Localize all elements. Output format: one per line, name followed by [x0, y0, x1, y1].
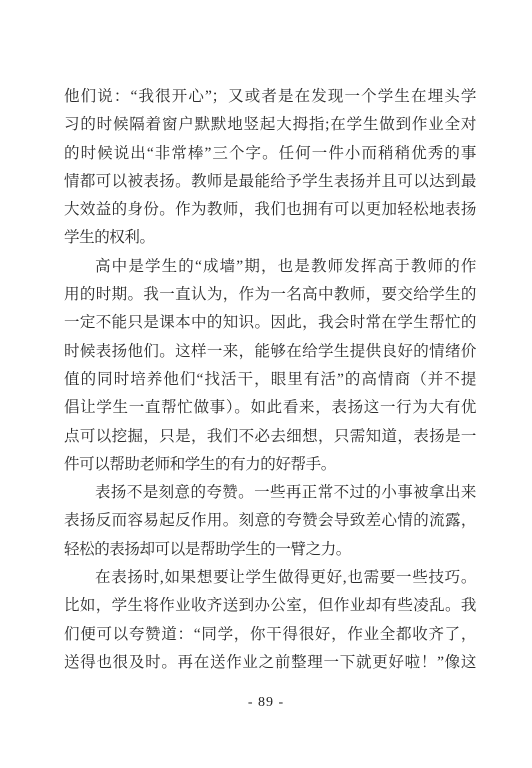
text-line: 比如，学生将作业收齐送到办公室，但作业却有些凌乱。我 — [64, 592, 476, 620]
text-line: 送得也很及时。再在送作业之前整理一下就更好啦！”像这 — [64, 649, 476, 677]
text-line: 一定不能只是课本中的知识。因此，我会时常在学生帮忙的 — [64, 309, 476, 337]
text-line: 大效益的身份。作为教师，我们也拥有可以更加轻松地表扬 — [64, 196, 476, 224]
text-line: 点可以挖掘，只是，我们不必去细想，只需知道，表扬是一 — [64, 423, 476, 451]
text-line: 用的时期。我一直认为，作为一名高中教师，要交给学生的 — [64, 281, 476, 309]
page-text-block: 他们说：“我很开心”；又或者是在发现一个学生在埋头学 习的时候隔着窗户默默地竖起… — [64, 83, 476, 677]
text-line: 值的同时培养他们“找活干，眼里有活”的高情商（并不提 — [64, 366, 476, 394]
text-line: 在表扬时,如果想要让学生做得更好,也需要一些技巧。 — [64, 564, 476, 592]
text-line: 时候表扬他们。这样一来，能够在给学生提供良好的情绪价 — [64, 338, 476, 366]
page-number: - 89 - — [0, 693, 532, 713]
text-line: 他们说：“我很开心”；又或者是在发现一个学生在埋头学 — [64, 83, 476, 111]
text-line: 高中是学生的“成墙”期，也是教师发挥高于教师的作 — [64, 253, 476, 281]
text-line: 表扬反而容易起反作用。刻意的夸赞会导致差心情的流露， — [64, 507, 476, 535]
text-line: 的时候说出“非常棒”三个字。任何一件小而稍稍优秀的事 — [64, 140, 476, 168]
text-line: 件可以帮助老师和学生的有力的好帮手。 — [64, 451, 476, 479]
text-line: 们便可以夸赞道：“同学，你干得很好，作业全都收齐了， — [64, 621, 476, 649]
text-line: 倡让学生一直帮忙做事）。如此看来，表扬这一行为大有优 — [64, 394, 476, 422]
text-line: 习的时候隔着窗户默默地竖起大拇指;在学生做到作业全对 — [64, 111, 476, 139]
book-page: 他们说：“我很开心”；又或者是在发现一个学生在埋头学 习的时候隔着窗户默默地竖起… — [0, 0, 532, 768]
text-line: 情都可以被表扬。教师是最能给予学生表扬并且可以达到最 — [64, 168, 476, 196]
text-line: 表扬不是刻意的夸赞。一些再正常不过的小事被拿出来 — [64, 479, 476, 507]
text-line: 轻松的表扬却可以是帮助学生的一臂之力。 — [64, 536, 476, 564]
text-line: 学生的权利。 — [64, 224, 476, 252]
